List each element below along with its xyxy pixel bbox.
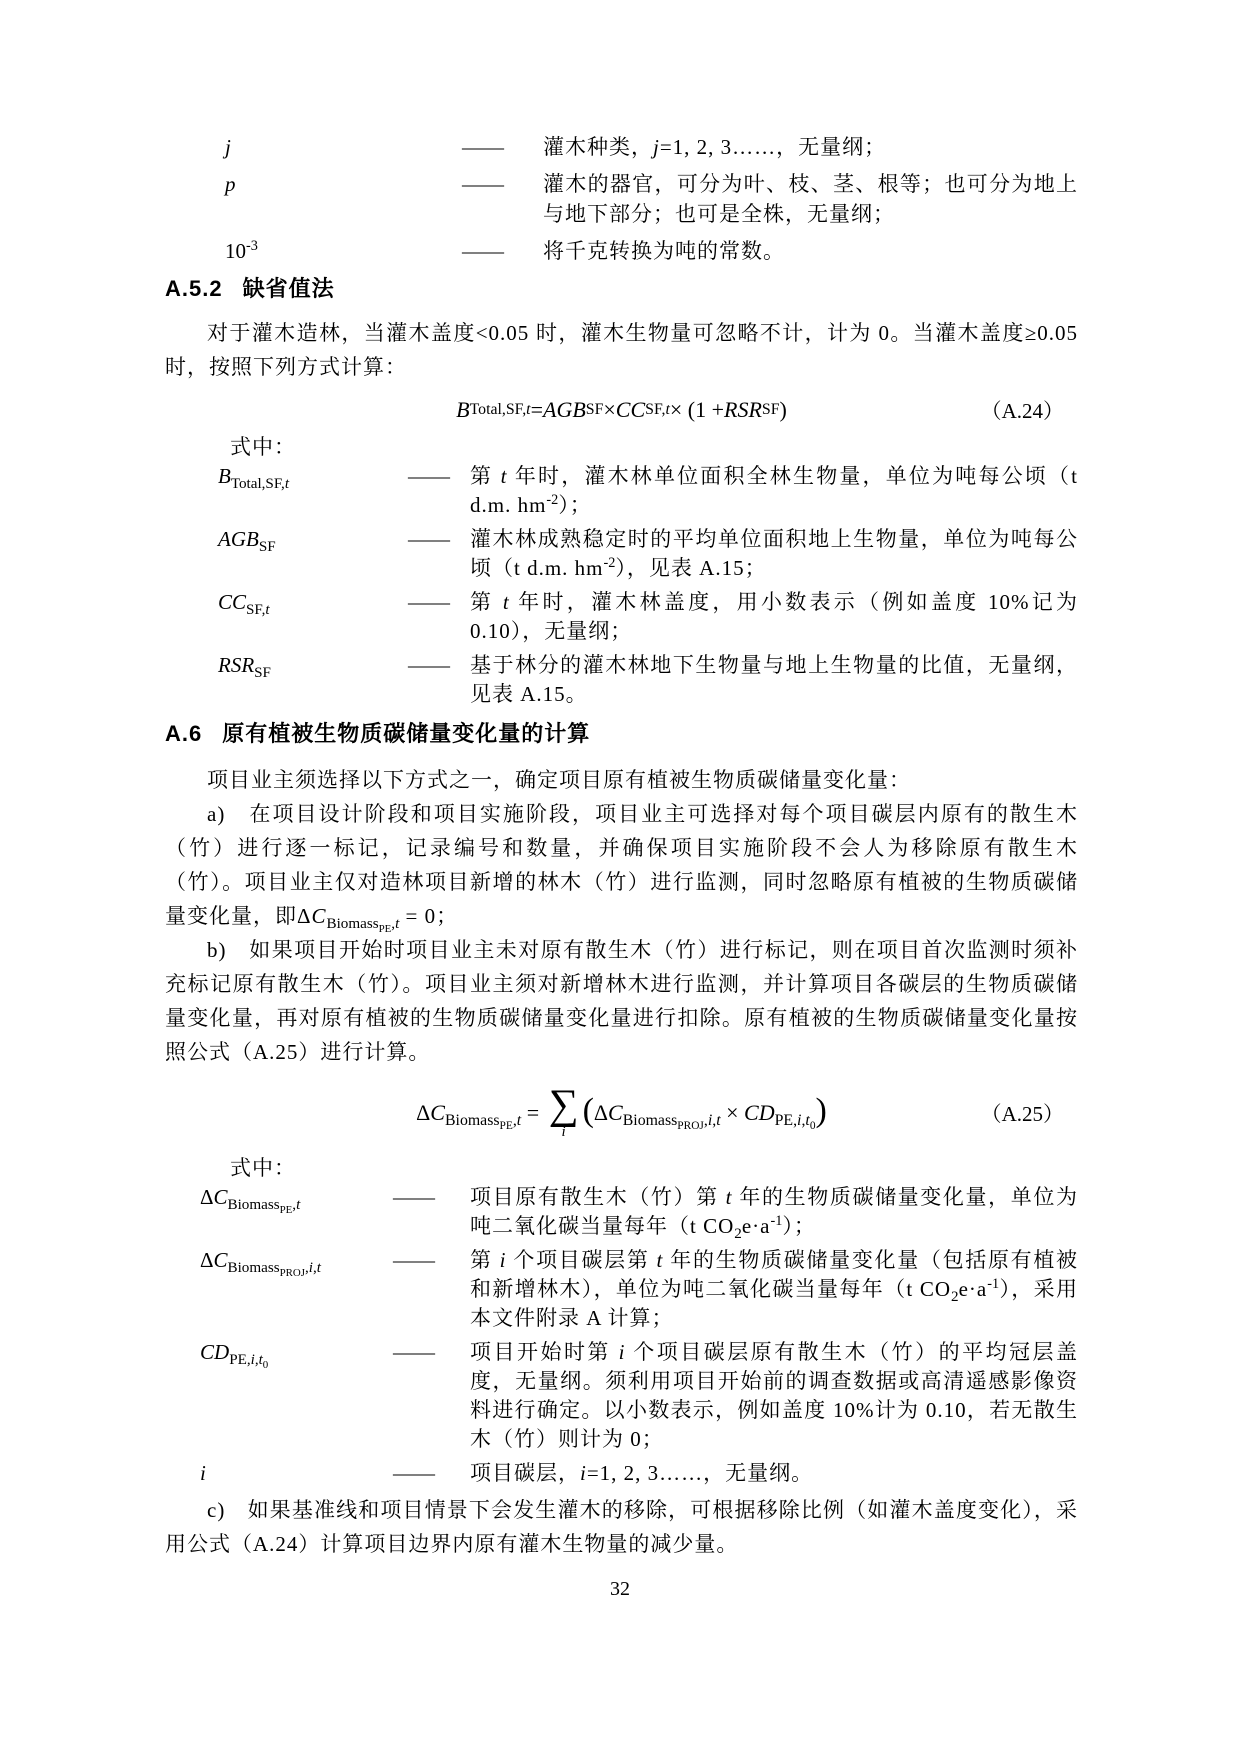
where-label: 式中： (165, 1153, 1078, 1183)
definition-row: BTotal,SF,t —— 第 t 年时，灌木林单位面积全林生物量，单位为吨每… (165, 462, 1078, 520)
equation-a24: BTotal,SF,t = AGBSF × CCSF,t × (1 + RSRS… (165, 388, 1078, 432)
definition-description: 将千克转换为吨的常数。 (543, 236, 1078, 266)
definition-term: ΔCBiomassPE,t (165, 1183, 393, 1212)
definition-description: 第 t 年时，灌木林单位面积全林生物量，单位为吨每公顷（t d.m. hm-2）… (470, 462, 1078, 520)
symbol-definition-list-a24: BTotal,SF,t —— 第 t 年时，灌木林单位面积全林生物量，单位为吨每… (165, 462, 1078, 709)
equation-lhs: ΔCBiomassPE,t = (416, 1100, 544, 1127)
definition-term: p (165, 169, 462, 199)
definition-dash: —— (408, 651, 470, 680)
definition-row: 10-3 —— 将千克转换为吨的常数。 (165, 236, 1078, 266)
definition-row: CDPE,i,t0 —— 项目开始时第 i 个项目碳层原有散生木（竹）的平均冠层… (165, 1338, 1078, 1454)
section-heading-a6: A.6原有植被生物质碳储量变化量的计算 (165, 719, 1078, 749)
section-number: A.6 (165, 721, 202, 746)
definition-description: 第 t 年时，灌木林盖度，用小数表示（例如盖度 10%记为 0.10），无量纲； (470, 588, 1078, 646)
symbol-definition-list-a25: ΔCBiomassPE,t —— 项目原有散生木（竹）第 t 年的生物质碳储量变… (165, 1183, 1078, 1488)
definition-row: ΔCBiomassPE,t —— 项目原有散生木（竹）第 t 年的生物质碳储量变… (165, 1183, 1078, 1241)
paragraph-a6-intro: 项目业主须选择以下方式之一，确定项目原有植被生物质碳储量变化量： (165, 763, 1078, 797)
definition-dash: —— (462, 132, 543, 162)
definition-row: p —— 灌木的器官，可分为叶、枝、茎、根等；也可分为地上与地下部分；也可是全株… (165, 169, 1078, 229)
definition-term: j (165, 132, 462, 162)
definition-term: RSRSF (165, 651, 408, 680)
definition-row: ΔCBiomassPROJ,i,t —— 第 i 个项目碳层第 t 年的生物质碳… (165, 1246, 1078, 1333)
where-label: 式中： (165, 432, 1078, 462)
definition-dash: —— (393, 1246, 470, 1275)
paragraph-a6-item-b: b) 如果项目开始时项目业主未对原有散生木（竹）进行标记，则在项目首次监测时须补… (165, 933, 1078, 1069)
equation-formula: ΔCBiomassPE,t = ∑ i ( ΔCBiomassPROJ,i,t … (416, 1086, 827, 1141)
paragraph-a6-item-c: c) 如果基准线和项目情景下会发生灌木的移除，可根据移除比例（如灌木盖度变化），… (165, 1493, 1078, 1561)
section-title: 缺省值法 (243, 276, 335, 301)
definition-dash: —— (393, 1183, 470, 1212)
left-paren: ( (583, 1094, 594, 1128)
definition-row: RSRSF —— 基于林分的灌木林地下生物量与地上生物量的比值，无量纲，见表 A… (165, 651, 1078, 709)
definition-term: 10-3 (165, 236, 462, 266)
definition-row: i —— 项目碳层，i=1, 2, 3……，无量纲。 (165, 1459, 1078, 1488)
definition-term: i (165, 1459, 393, 1488)
definition-description: 项目原有散生木（竹）第 t 年的生物质碳储量变化量，单位为吨二氧化碳当量每年（t… (470, 1183, 1078, 1241)
section-number: A.5.2 (165, 276, 223, 301)
definition-description: 项目碳层，i=1, 2, 3……，无量纲。 (470, 1459, 1078, 1488)
definition-description: 第 i 个项目碳层第 t 年的生物质碳储量变化量（包括原有植被和新增林木），单位… (470, 1246, 1078, 1333)
paragraph-a6-item-a: a) 在项目设计阶段和项目实施阶段，项目业主可选择对每个项目碳层内原有的散生木（… (165, 797, 1078, 933)
definition-dash: —— (393, 1459, 470, 1488)
definition-term: CCSF,t (165, 588, 408, 617)
equation-label: （A.25） (981, 1098, 1064, 1128)
definition-term: CDPE,i,t0 (165, 1338, 393, 1367)
equation-a25: ΔCBiomassPE,t = ∑ i ( ΔCBiomassPROJ,i,t … (165, 1075, 1078, 1151)
summation-index: i (562, 1125, 566, 1140)
equation-formula: BTotal,SF,t = AGBSF × CCSF,t × (1 + RSRS… (456, 397, 787, 423)
definition-term: AGBSF (165, 525, 408, 554)
definition-dash: —— (462, 236, 543, 266)
definition-row: AGBSF —— 灌木林成熟稳定时的平均单位面积地上生物量，单位为吨每公顷（t … (165, 525, 1078, 583)
definition-row: j —— 灌木种类，j=1, 2, 3……，无量纲； (165, 132, 1078, 162)
sigma-glyph: ∑ (549, 1086, 579, 1125)
definition-dash: —— (408, 525, 470, 554)
definition-dash: —— (462, 169, 543, 199)
definition-dash: —— (393, 1338, 470, 1367)
definition-description: 基于林分的灌木林地下生物量与地上生物量的比值，无量纲，见表 A.15。 (470, 651, 1078, 709)
equation-label: （A.24） (981, 395, 1064, 425)
paragraph-a52: 对于灌木造林，当灌木盖度<0.05 时，灌木生物量可忽略不计，计为 0。当灌木盖… (165, 316, 1078, 384)
definition-dash: —— (408, 588, 470, 617)
definition-description: 项目开始时第 i 个项目碳层原有散生木（竹）的平均冠层盖度，无量纲。须利用项目开… (470, 1338, 1078, 1454)
symbol-definition-list-top: j —— 灌木种类，j=1, 2, 3……，无量纲； p —— 灌木的器官，可分… (165, 132, 1078, 266)
section-heading-a52: A.5.2缺省值法 (165, 274, 1078, 304)
definition-description: 灌木的器官，可分为叶、枝、茎、根等；也可分为地上与地下部分；也可是全株，无量纲； (543, 169, 1078, 229)
definition-term: BTotal,SF,t (165, 462, 408, 491)
document-page: j —— 灌木种类，j=1, 2, 3……，无量纲； p —— 灌木的器官，可分… (0, 0, 1240, 1753)
page-number: 32 (0, 1578, 1240, 1601)
definition-description: 灌木种类，j=1, 2, 3……，无量纲； (543, 132, 1078, 162)
definition-row: CCSF,t —— 第 t 年时，灌木林盖度，用小数表示（例如盖度 10%记为 … (165, 588, 1078, 646)
section-title: 原有植被生物质碳储量变化量的计算 (222, 721, 590, 746)
summation-symbol: ∑ i (549, 1086, 579, 1141)
equation-rhs: ΔCBiomassPROJ,i,t × CDPE,i,t0 (594, 1100, 816, 1127)
definition-dash: —— (408, 462, 470, 491)
definition-description: 灌木林成熟稳定时的平均单位面积地上生物量，单位为吨每公顷（t d.m. hm-2… (470, 525, 1078, 583)
definition-term: ΔCBiomassPROJ,i,t (165, 1246, 393, 1275)
right-paren: ) (816, 1094, 827, 1128)
